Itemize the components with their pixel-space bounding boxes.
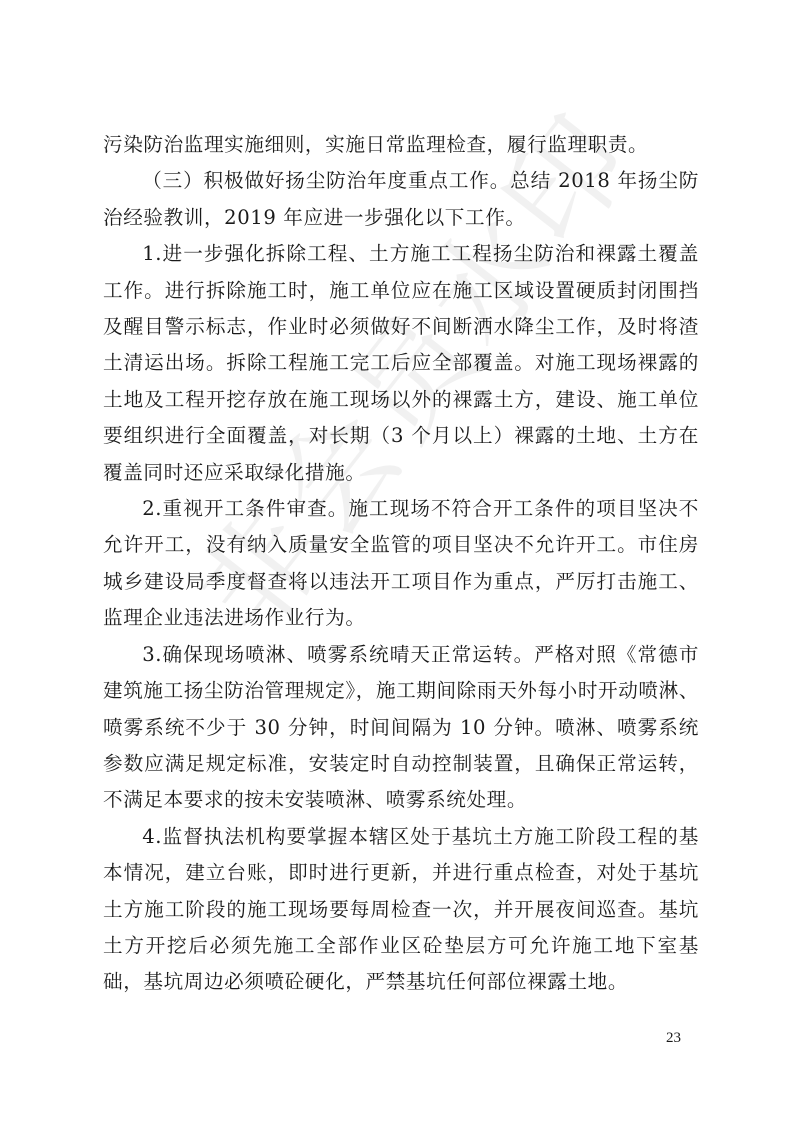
page-number: 23 — [666, 1030, 681, 1047]
paragraph-item-3: 3.确保现场喷淋、喷雾系统晴天正常运转。严格对照《常德市建筑施工扬尘防治管理规定… — [103, 637, 699, 819]
paragraph-section-three: （三）积极做好扬尘防治年度重点工作。总结 2018 年扬尘防治经验教训，2019… — [103, 163, 699, 236]
document-page: 非会员水印 污染防治监理实施细则，实施日常监理检查，履行监理职责。 （三）积极做… — [0, 0, 793, 1122]
body-text: 污染防治监理实施细则，实施日常监理检查，履行监理职责。 （三）积极做好扬尘防治年… — [103, 127, 699, 1001]
paragraph-item-1: 1.进一步强化拆除工程、土方施工工程扬尘防治和裸露土覆盖工作。进行拆除施工时，施… — [103, 236, 699, 491]
paragraph-item-2: 2.重视开工条件审查。施工现场不符合开工条件的项目坚决不允许开工，没有纳入质量安… — [103, 491, 699, 637]
paragraph-continuation: 污染防治监理实施细则，实施日常监理检查，履行监理职责。 — [103, 127, 699, 163]
paragraph-item-4: 4.监督执法机构要掌握本辖区处于基坑土方施工阶段工程的基本情况，建立台账，即时进… — [103, 819, 699, 1001]
